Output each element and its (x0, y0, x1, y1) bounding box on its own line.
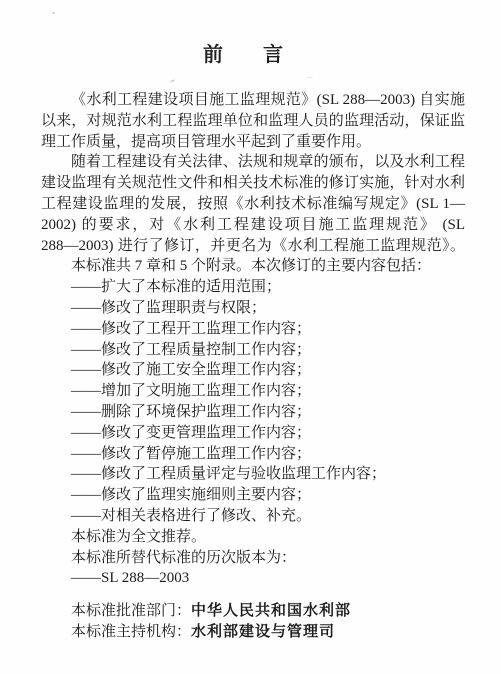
text-line: 本标准为全文推荐。 (41, 527, 465, 548)
text-line: ——SL 288—2003 (41, 568, 465, 589)
text-line: 理工作质量，提高项目管理水平起到了重要作用。 (41, 132, 465, 153)
text-line: 建设监理有关规范性文件和相关技术标准的修订实施，针对水利 (41, 173, 465, 194)
text-line: 288—2003) 进行了修订，并更名为《水利工程施工监理规范》。 (41, 236, 465, 257)
text-line: ——修改了变更管理监理工作内容； (41, 423, 465, 444)
sponsor-line: 本标准主持机构：水利部建设与管理司 (41, 621, 465, 642)
text-line: 随着工程建设有关法律、法规和规章的颁布，以及水利工程 (41, 152, 465, 173)
text-line: 本标准共 7 章和 5 个附录。本次修订的主要内容包括： (41, 256, 465, 277)
text-line: ——扩大了本标准的适用范围； (41, 277, 465, 298)
text-line: 以来，对规范水利工程监理单位和监理人员的监理活动，保证监 (41, 111, 465, 132)
document-page: 前 言 《水利工程建设项目施工监理规范》(SL 288—2003) 自实施以来，… (0, 0, 501, 674)
text-line: ——修改了工程质量控制工作内容； (41, 340, 465, 361)
text-line: ——对相关表格进行了修改、补充。 (41, 506, 465, 527)
text-lines: 《水利工程建设项目施工监理规范》(SL 288—2003) 自实施以来，对规范水… (41, 90, 465, 589)
text-line: 《水利工程建设项目施工监理规范》(SL 288—2003) 自实施 (41, 90, 465, 111)
text-line: ——修改了监理职责与权限； (41, 298, 465, 319)
text-line: 本标准所替代标准的历次版本为： (41, 548, 465, 569)
text-line: ——删除了环境保护监理工作内容； (41, 402, 465, 423)
scan-speck (306, 77, 313, 79)
text-line: ——修改了工程质量评定与验收监理工作内容； (41, 464, 465, 485)
text-line: ——修改了工程开工监理工作内容； (41, 319, 465, 340)
page-title: 前 言 (203, 44, 283, 64)
scan-speck (170, 79, 175, 83)
text-line: 2002) 的要求，对《水利工程建设项目施工监理规范》 (SL (41, 215, 465, 236)
text-line: ——修改了暂停施工监理工作内容； (41, 444, 465, 465)
text-line: ——修改了施工安全监理工作内容； (41, 360, 465, 381)
approval-label: 本标准批准部门： (71, 603, 191, 619)
sponsor-label: 本标准主持机构： (71, 624, 191, 640)
text-line: 工程建设监理的发展，按照《水利技术标准编写规定》(SL 1— (41, 194, 465, 215)
footer-block: 本标准批准部门：中华人民共和国水利部 本标准主持机构：水利部建设与管理司 (41, 600, 465, 642)
sponsor-value: 水利部建设与管理司 (191, 622, 335, 640)
approval-line: 本标准批准部门：中华人民共和国水利部 (41, 600, 465, 621)
approval-value: 中华人民共和国水利部 (191, 601, 351, 619)
scan-speck (52, 12, 55, 14)
text-line: ——增加了文明施工监理工作内容； (41, 381, 465, 402)
text-line: ——修改了监理实施细则主要内容； (41, 485, 465, 506)
body-text: 《水利工程建设项目施工监理规范》(SL 288—2003) 自实施以来，对规范水… (41, 90, 465, 642)
